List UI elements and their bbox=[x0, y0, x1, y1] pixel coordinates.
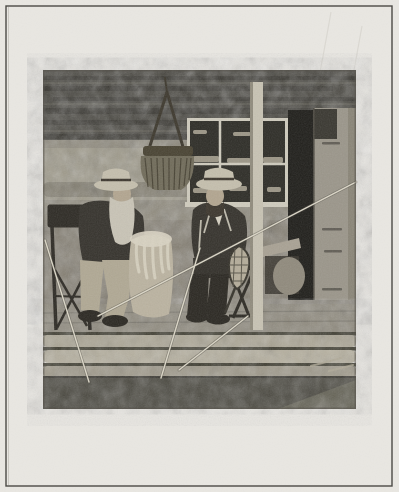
book-page bbox=[0, 0, 399, 492]
photograph bbox=[43, 70, 356, 409]
plate-svg bbox=[0, 0, 399, 492]
photo-grain-texture bbox=[43, 70, 356, 409]
